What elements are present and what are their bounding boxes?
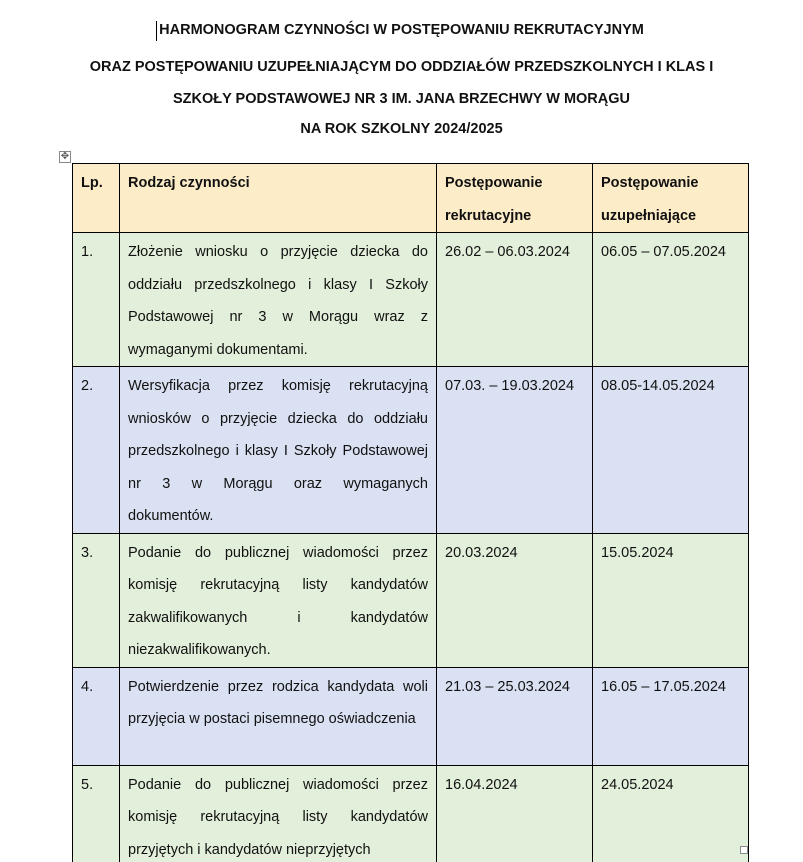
header-lp: Lp. (73, 164, 120, 233)
row-recruitment-date: 07.03. – 19.03.2024 (437, 367, 593, 534)
row-lp: 4. (73, 667, 120, 765)
row-lp: 5. (73, 765, 120, 862)
row-lp: 2. (73, 367, 120, 534)
title-line-4: NA ROK SZKOLNY 2024/2025 (0, 121, 803, 137)
title-line-2: ORAZ POSTĘPOWANIU UZUPEŁNIAJĄCYM DO ODDZ… (0, 59, 803, 75)
header-activity: Rodzaj czynności (120, 164, 437, 233)
table-header-row: Lp. Rodzaj czynności Postępowanie rekrut… (73, 164, 749, 233)
title-line-1: HARMONOGRAM CZYNNOŚCI W POSTĘPOWANIU REK… (0, 22, 803, 38)
row-recruitment-date: 16.04.2024 (437, 765, 593, 862)
table-row: 3. Podanie do publicznej wiadomości prze… (73, 533, 749, 667)
table-row: 4. Potwierdzenie przez rodzica kandydata… (73, 667, 749, 765)
title-line-3: SZKOŁY PODSTAWOWEJ NR 3 IM. JANA BRZECHW… (0, 91, 803, 107)
row-activity: Potwierdzenie przez rodzica kandydata wo… (120, 667, 437, 765)
move-cross-icon[interactable]: ✥ (59, 151, 71, 163)
row-supplementary-date: 16.05 – 17.05.2024 (593, 667, 749, 765)
row-recruitment-date: 26.02 – 06.03.2024 (437, 233, 593, 367)
schedule-table: Lp. Rodzaj czynności Postępowanie rekrut… (72, 163, 749, 862)
table-row: 2. Wersyfikacja przez komisję rekrutacyj… (73, 367, 749, 534)
table-row: 1. Złożenie wniosku o przyjęcie dziecka … (73, 233, 749, 367)
row-lp: 3. (73, 533, 120, 667)
row-supplementary-date: 08.05-14.05.2024 (593, 367, 749, 534)
row-activity: Podanie do publicznej wiadomości przez k… (120, 533, 437, 667)
row-recruitment-date: 21.03 – 25.03.2024 (437, 667, 593, 765)
row-lp: 1. (73, 233, 120, 367)
row-activity: Wersyfikacja przez komisję rekrutacyjną … (120, 367, 437, 534)
resize-square-icon[interactable] (740, 846, 748, 854)
header-supplementary: Postępowanie uzupełniające (593, 164, 749, 233)
header-recruitment: Postępowanie rekrutacyjne (437, 164, 593, 233)
row-activity: Podanie do publicznej wiadomości przez k… (120, 765, 437, 862)
row-activity: Złożenie wniosku o przyjęcie dziecka do … (120, 233, 437, 367)
row-supplementary-date: 15.05.2024 (593, 533, 749, 667)
row-recruitment-date: 20.03.2024 (437, 533, 593, 667)
row-supplementary-date: 24.05.2024 (593, 765, 749, 862)
row-supplementary-date: 06.05 – 07.05.2024 (593, 233, 749, 367)
table-row: 5. Podanie do publicznej wiadomości prze… (73, 765, 749, 862)
